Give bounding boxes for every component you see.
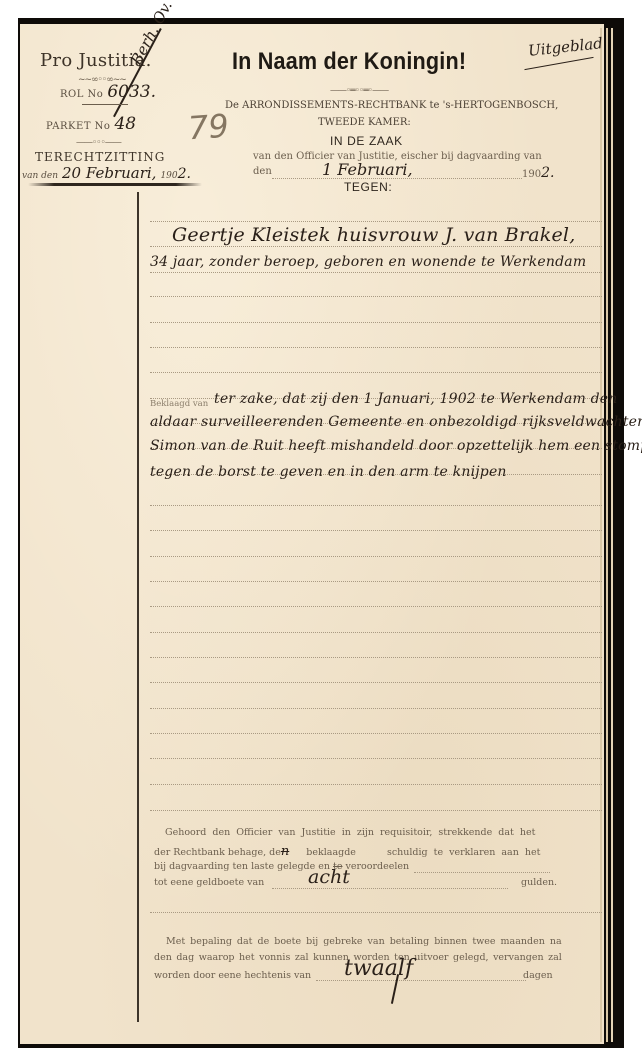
zitting-year-printed: 190 — [160, 171, 177, 181]
ruled-line — [150, 347, 602, 348]
stamp-number: 79 — [187, 107, 230, 148]
ruled-line — [150, 296, 602, 297]
ruled-line — [150, 682, 602, 683]
bepaling-line-1: Met bepaling dat de boete bij gebreke va… — [166, 936, 562, 947]
ornament-divider: ——◦◦◦—— — [76, 138, 121, 148]
requisitoir-line-3: bij dagvaarding ten laste gelegde en te … — [154, 861, 409, 872]
ornament-divider: ——◦═◦◦═◦—— — [330, 86, 388, 96]
fine-fill-line — [272, 888, 508, 889]
requisitoir-line-1: Gehoord den Officier van Justitie in zij… — [165, 827, 535, 838]
parket-label: PARKET No — [46, 121, 110, 132]
detention-label: worden door eene hechtenis van — [154, 970, 311, 981]
requisitoir-text: der Rechtbank behage, de — [154, 847, 281, 858]
van-den-label: van den — [22, 171, 58, 181]
terechtzitting-label: TERECHTZITTING — [35, 150, 165, 164]
detention-days: twaalf — [344, 956, 413, 981]
fine-amount: acht — [308, 866, 350, 888]
page-edge — [600, 28, 602, 1042]
parket-number: 48 — [114, 114, 136, 134]
requisitoir-line-2: der Rechtbank behage, den beklaagde schu… — [154, 844, 540, 859]
ruled-line — [150, 246, 602, 247]
ruled-line — [150, 912, 602, 913]
ruled-line — [150, 581, 602, 582]
ruled-line — [150, 505, 602, 506]
gulden-label: gulden. — [521, 877, 557, 888]
charge-line: tegen de borst te geven en in den arm te… — [150, 464, 507, 480]
fill-line — [414, 872, 550, 873]
defendant-name: Geertje Kleistek huisvrouw J. van Brakel… — [172, 224, 575, 246]
ruled-line — [150, 758, 602, 759]
ruled-line — [150, 810, 602, 811]
in-de-zaak-heading: IN DE ZAAK — [330, 134, 403, 148]
charge-line: Simon van de Ruit heeft mishandeld door … — [150, 438, 642, 454]
margin-line — [137, 192, 139, 1022]
ruled-line — [150, 632, 602, 633]
rol-label: ROL No — [60, 89, 103, 100]
document-title: In Naam der Koningin! — [232, 48, 466, 76]
page-edge — [611, 28, 613, 1042]
header-swash — [28, 183, 202, 186]
den-label: den — [253, 166, 272, 177]
ruled-line — [150, 657, 602, 658]
requisitoir-text: beklaagde — [306, 847, 356, 858]
ruled-line — [150, 272, 602, 273]
charge-label: Beklaagd van — [150, 399, 208, 409]
ruled-line — [150, 372, 602, 373]
year-hand: 2. — [541, 165, 554, 181]
ruled-line — [150, 733, 602, 734]
ruled-line — [150, 784, 602, 785]
rol-row: ROL No 6033. — [60, 82, 156, 102]
ruled-line — [150, 708, 602, 709]
fine-label: tot eene geldboete van — [154, 877, 264, 888]
defendant-details: 34 jaar, zonder beroep, geboren en wonen… — [150, 254, 586, 270]
page-edge — [606, 28, 608, 1042]
ruled-line — [150, 556, 602, 557]
zitting-date: 20 Februari, — [62, 164, 156, 182]
dagvaarding-year: 1902. — [522, 164, 554, 182]
divider-line — [82, 104, 128, 105]
tegen-heading: TEGEN: — [344, 180, 392, 194]
ruled-line — [150, 221, 602, 222]
parket-row: PARKET No 48 — [46, 114, 136, 134]
zitting-year-hand: 2. — [178, 166, 191, 182]
requisitoir-text: bij dagvaarding ten laste gelegde en — [154, 861, 330, 872]
ruled-line — [150, 606, 602, 607]
zitting-date-row: van den 20 Februari, 1902. — [22, 164, 191, 183]
struck-text: n — [281, 844, 289, 859]
dagen-label: dagen — [523, 970, 553, 981]
court-name: De ARRONDISSEMENTS-RECHTBANK te 's-HERTO… — [225, 100, 558, 111]
dagvaarding-date: 1 Februari, — [322, 160, 413, 179]
charge-line: aldaar surveilleerenden Gemeente en onbe… — [150, 414, 642, 430]
year-printed: 190 — [522, 169, 541, 180]
charge-line: ter zake, dat zij den 1 Januari, 1902 te… — [214, 391, 618, 407]
court-chamber: TWEEDE KAMER: — [318, 117, 411, 128]
ruled-line — [150, 530, 602, 531]
requisitoir-text: schuldig te verklaren aan het — [387, 847, 540, 858]
ruled-line — [150, 322, 602, 323]
requisitoir-text: veroordeelen — [346, 861, 410, 872]
